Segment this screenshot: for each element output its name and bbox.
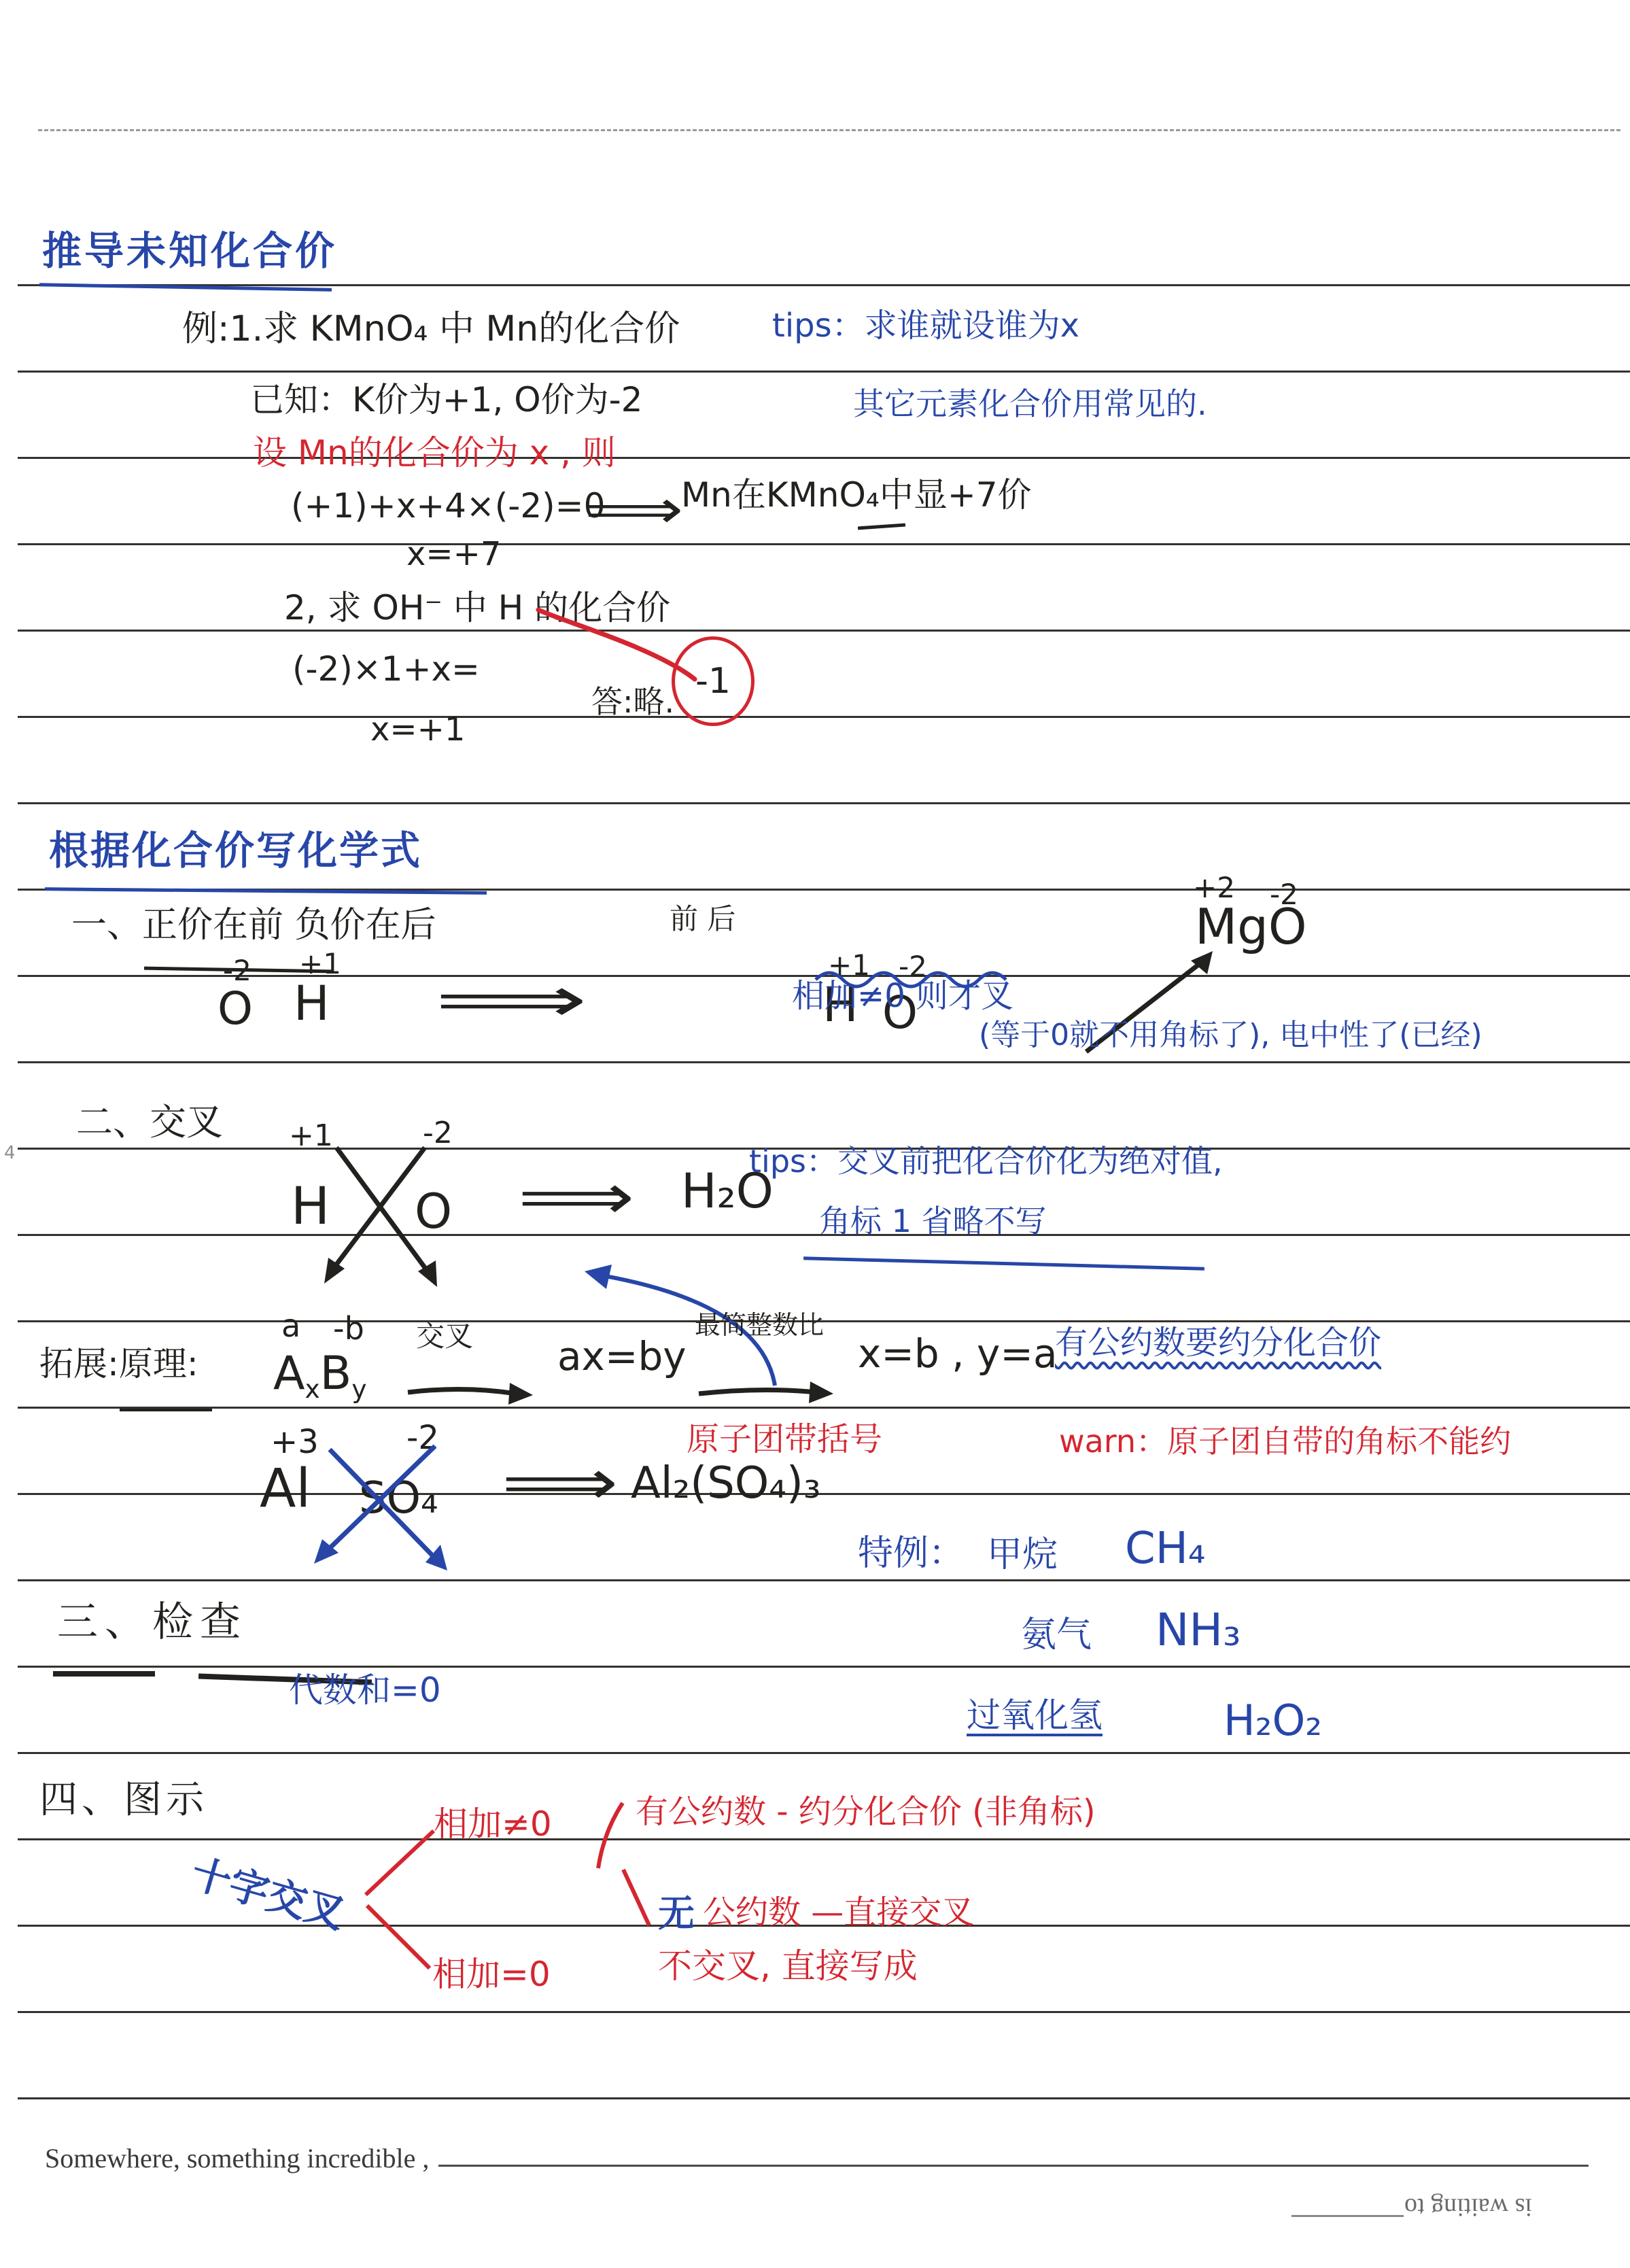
method4-label: 四、图示 (39, 1779, 208, 1822)
al-arrow: ⟹ (502, 1447, 618, 1519)
tips1-line1: tips：求谁就设谁为x (772, 307, 1079, 345)
order-hint: 前 后 (670, 903, 735, 935)
ext-A: A (273, 1347, 305, 1401)
tips1-line2: 其它元素化合价用常见的. (853, 386, 1207, 422)
special-item-formula: NH₃ (1156, 1604, 1241, 1656)
example1-equation: (+1)+x+4×(-2)=0 (291, 487, 605, 526)
example1-assume: 设 Mn的化合价为 x , 则 (253, 434, 616, 473)
ext-arrow1 (402, 1373, 542, 1411)
section1-title: 推导未知化合价 (42, 228, 337, 274)
warn-note: warn：原子团自带的角标不能约 (1059, 1424, 1511, 1460)
example1-solution: x=+7 (406, 536, 501, 573)
special-item-name: 甲烷 (987, 1535, 1058, 1576)
special-item-formula: CH₄ (1125, 1524, 1205, 1575)
footer-line (438, 2165, 1589, 2167)
method3-label: 三、检查 (57, 1599, 247, 1646)
branch1a-text: 有公约数 - 约分化合价 (非角标) (636, 1793, 1096, 1831)
example1-label: 例:1.求 KMnO₄ 中 Mn的化合价 (182, 309, 680, 350)
blue-cross-arrows-icon (292, 1436, 476, 1582)
branch2-condition: 相加=0 (432, 1955, 551, 1995)
method1-note2: (等于0就不用角标了), 电中性了(已经) (979, 1018, 1482, 1053)
example2-solution: x=+1 (370, 711, 465, 749)
method3-note: 代数和=0 (289, 1671, 441, 1711)
tips2-line1: tips：交叉前把化合价化为绝对值, (749, 1144, 1223, 1180)
wrong-o: O (218, 983, 253, 1035)
method2-label: 二、交叉 (76, 1101, 223, 1144)
showthrough-text: is waiting to (1404, 2192, 1532, 2222)
top-dashed-line (38, 129, 1620, 131)
ext-sup-b: -b (333, 1311, 364, 1347)
branch2a-text: 不交叉, 直接写成 (658, 1947, 918, 1987)
ext-B: B (320, 1347, 352, 1401)
ext-y: y (351, 1374, 366, 1404)
example1-known: 已知：K价为+1, O价为-2 (250, 381, 643, 420)
cross-arrows-icon (309, 1141, 462, 1301)
extension-underline (120, 1409, 212, 1411)
bracket-note: 原子团带括号 (687, 1421, 882, 1458)
ext-sup-a: a (281, 1308, 300, 1344)
method2-arrow: ⟹ (518, 1161, 634, 1233)
section2-title: 根据化合价写化学式 (49, 828, 422, 874)
special-item-name: 氨气 (1021, 1615, 1092, 1656)
ext-formula: AxBy (273, 1347, 366, 1404)
example2-answer-note: 答:略. (591, 684, 674, 720)
ext-arrow1-label: 交叉 (416, 1320, 473, 1353)
extension-label: 拓展:原理: (39, 1345, 198, 1384)
method3-underline1 (53, 1671, 155, 1677)
wrong-h: H (294, 976, 330, 1031)
branch1b-text: 公约数 —直接交叉 (703, 1894, 974, 1931)
ext-arrow2 (693, 1373, 843, 1411)
margin-page-mark: 4 (4, 1144, 16, 1164)
method1-label: 一、正价在前 负价在后 (71, 906, 436, 946)
ext-mid-equation: ax=by (557, 1334, 687, 1379)
circled-answer: -1 (672, 636, 755, 726)
branch1-condition: 相加≠0 (434, 1805, 552, 1844)
ext-arrow2-label: 最简整数比 (695, 1311, 824, 1341)
implies-arrow: ⟹ (585, 480, 683, 541)
special-item-formula: H₂O₂ (1224, 1696, 1322, 1745)
ext-x: x (305, 1374, 320, 1404)
circled-answer-value: -1 (695, 661, 731, 702)
special-label: 特例： (858, 1534, 964, 1575)
ext-result: x=b , y=a (858, 1331, 1058, 1377)
footer-quote: Somewhere, something incredible , (45, 2143, 429, 2174)
tips2-line2: 角标 1 省略不写 (819, 1203, 1047, 1239)
example1-conclusion: Mn在KMnO₄中显+7价 (681, 476, 1032, 515)
al-result: Al₂(SO₄)₃ (631, 1459, 820, 1509)
sub-branch-line-down (615, 1863, 656, 1934)
method1-note: 相加≠0 则才叉 (792, 978, 1013, 1015)
showthrough-line (1291, 2215, 1404, 2217)
branch1b-correction: 无 (658, 1893, 695, 1935)
method1-arrow: ⟹ (435, 964, 587, 1036)
extension-note: 有公约数要约分化合价 (1055, 1324, 1381, 1362)
notebook-page: 4 推导未知化合价 例:1.求 KMnO₄ 中 Mn的化合价 tips：求谁就设… (0, 0, 1630, 2268)
special-item-name: 过氧化氢 (967, 1696, 1103, 1736)
example2-equation: (-2)×1+x= (292, 650, 480, 689)
